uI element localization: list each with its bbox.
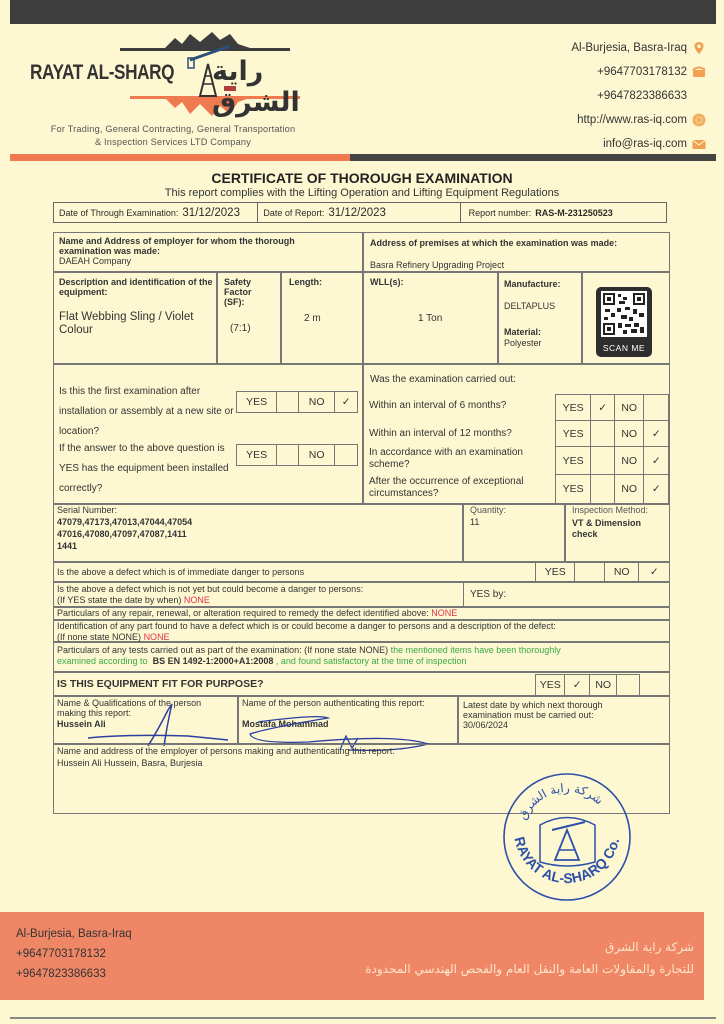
safety-factor-label: Safety Factor (SF): [224,277,269,307]
exceptional-no-box[interactable]: ✓ [644,475,668,503]
company-stamp-icon: شركة راية الشرق RAYAT AL-SHARQ Co. [500,770,635,905]
footer-arabic: شركة راية الشرق للتجارة والمقاولات العام… [365,936,694,980]
footer-arabic-line-1: شركة راية الشرق [365,936,694,958]
tagline-line-1: For Trading, General Contracting, Genera… [28,123,318,136]
report-number-cell: Report number: RAS-M-231250523 [461,203,666,222]
description-label: Description and identification of the eq… [59,277,214,297]
installed-no-box[interactable] [335,445,357,465]
phone-icon [692,65,706,79]
footer-arabic-line-2: للتجارة والمقاولات العامة والنقل العام و… [365,958,694,980]
contact-phone-2-text: +9647823386633 [597,90,687,102]
scan-me-label: SCAN ME [596,343,652,353]
yes-label: YES [536,675,565,695]
footer-address: Al-Burjesia, Basra-Iraq [16,924,132,944]
serial-values: 47079,47173,47013,47044,47054 47016,4708… [57,516,192,552]
check-mark-icon: ✓ [342,396,351,408]
tests-row: Particulars of any tests carried out as … [53,642,670,672]
description-value: Flat Webbing Sling / Violet Colour [59,311,209,337]
inspection-method-value: VT & Dimension check [572,518,662,540]
qr-code-icon [601,291,647,337]
no-label: NO [299,392,335,412]
check-mark-icon: ✓ [650,566,659,578]
future-danger-line-2: (If YES state the date by when) [57,595,181,605]
wll-value: 1 Ton [418,313,442,324]
bottom-rule [10,1017,716,1019]
tests-result-3: , and found satisfactory at the time of … [276,656,467,666]
premises-value: Basra Refinery Upgrading Project [370,260,504,270]
yes-by-cell: YES by: [463,582,670,607]
footer-band: Al-Burjesia, Basra-Iraq +9647703178132 +… [0,912,704,1000]
reporting-employer-label: Name and address of the employer of pers… [57,746,395,756]
tests-result-1: the mentioned items have been thoroughly [391,645,561,655]
check-mark-icon: ✓ [652,483,661,495]
immediate-danger-yes-no: YES NO ✓ [535,562,670,582]
identification-line-2: (If none state NONE) [57,632,141,642]
logo-text-en: RAYAT AL-SHARQ [30,61,174,85]
check-mark-icon: ✓ [573,679,582,691]
manufacture-cell: Manufacture: DELTAPLUS Material: Polyest… [498,272,582,364]
length-value: 2 m [304,313,321,324]
no-label: NO [615,395,644,420]
no-label: NO [605,563,639,581]
contact-email[interactable]: info@ras-iq.com [571,132,706,156]
fit-no-box[interactable] [617,675,639,695]
fit-for-purpose-label: IS THIS EQUIPMENT FIT FOR PURPOSE? [57,679,264,689]
company-logo: RAYAT AL-SHARQ راية الشرق [30,28,330,118]
contact-phone-2: +9647823386633 [571,84,706,108]
serial-line-1: 47079,47173,47013,47044,47054 [57,516,192,528]
yes-label: YES [237,445,277,465]
quantity-cell: Quantity: 11 [463,504,565,562]
identification-row: Identification of any part found to have… [53,620,670,642]
certificate-subtitle: This report complies with the Lifting Op… [0,187,724,199]
interval-12-no-box[interactable]: ✓ [644,421,668,446]
safety-factor-cell: Safety Factor (SF): (7:1) [217,272,281,364]
yes-label: YES [556,395,591,420]
employer-cell: Name and Address of employer for whom th… [53,232,363,272]
no-label: NO [590,675,617,695]
premises-cell: Address of premises at which the examina… [363,232,670,272]
quantity-value: 11 [470,517,479,527]
report-date-value: 31/12/2023 [328,207,386,219]
employer-label: Name and Address of employer for whom th… [59,236,349,256]
tests-label: Particulars of any tests carried out as … [57,645,388,655]
interval-6-no-box[interactable] [644,395,668,420]
no-label: NO [299,445,335,465]
email-link[interactable]: info@ras-iq.com [603,138,687,150]
footer-phone-2: +9647823386633 [16,964,132,984]
exam-date-label: Date of Through Examination: [59,208,178,218]
envelope-icon [692,137,706,151]
tests-standard: BS EN 1492-1:2000+A1:2008 [153,656,274,666]
check-mark-icon: ✓ [652,428,661,440]
carried-out-label: Was the examination carried out: [370,374,516,385]
first-exam-cell: Is this the first examination after inst… [53,364,363,504]
report-date-label: Date of Report: [263,208,324,218]
length-cell: Length: 2 m [281,272,363,364]
scheme-no-box[interactable]: ✓ [644,447,668,474]
identification-text: Identification of any part found to have… [57,621,556,643]
website-link[interactable]: http://www.ras-iq.com [577,114,687,126]
header-contacts: Al-Burjesia, Basra-Iraq +9647703178132 +… [571,36,706,156]
identification-value: NONE [144,632,170,642]
premises-label: Address of premises at which the examina… [370,238,617,248]
company-tagline: For Trading, General Contracting, Genera… [28,123,318,149]
inspection-method-label: Inspection Method: [572,505,648,515]
serial-label: Serial Number: [57,505,117,515]
exam-date-cell: Date of Through Examination: 31/12/2023 [54,203,258,222]
identification-line-1: Identification of any part found to have… [57,621,556,632]
exceptional-yes-box[interactable] [591,475,615,503]
contact-phone-1: +9647703178132 [571,60,706,84]
contact-address: Al-Burjesia, Basra-Iraq [571,36,706,60]
future-danger-line-1: Is the above a defect which is not yet b… [57,584,363,595]
repair-label: Particulars of any repair, renewal, or a… [57,608,429,618]
interval-12-yes-no: YES NO ✓ [555,420,669,447]
repair-text: Particulars of any repair, renewal, or a… [57,608,457,618]
repair-value: NONE [431,608,457,618]
installed-yes-box[interactable] [277,445,299,465]
quantity-label: Quantity: [470,505,506,515]
certificate-title: CERTIFICATE OF THOROUGH EXAMINATION [0,170,724,186]
date-row: Date of Through Examination: 31/12/2023 … [53,202,667,223]
no-label: NO [615,421,644,446]
future-danger-question: Is the above a defect which is not yet b… [57,584,363,606]
interval-12-months-question: Within an interval of 12 months? [369,428,512,439]
safety-factor-value: (7:1) [230,323,251,334]
logo-text-ar: راية الشرق [212,56,330,118]
top-dark-bar [10,0,716,24]
material-label: Material: [504,327,541,337]
serial-line-3: 1441 [57,540,192,552]
yes-label: YES [556,421,591,446]
footer-phone-1: +9647703178132 [16,944,132,964]
serial-cell: Serial Number: 47079,47173,47013,47044,4… [53,504,463,562]
exceptional-circumstances-question: After the occurrence of exceptional circ… [369,476,544,500]
employer-value: DAEAH Company [59,256,131,266]
length-label: Length: [289,277,322,287]
no-label: NO [615,475,644,503]
yes-by-label: YES by: [470,589,506,600]
first-exam-no-box[interactable]: ✓ [335,392,357,412]
tests-result-2: examined according to [57,656,148,666]
exam-date-value: 31/12/2023 [182,207,240,219]
serial-line-2: 47016,47080,47097,47087,1411 [57,528,192,540]
wll-cell: WLL(s): 1 Ton [363,272,498,364]
report-number-label: Report number: [469,208,532,218]
fit-for-purpose-yes-no: YES ✓ NO [535,674,640,696]
future-danger-value: NONE [184,595,210,605]
first-exam-question: Is this the first examination after inst… [59,382,239,442]
location-pin-icon [692,41,706,55]
contact-address-text: Al-Burjesia, Basra-Iraq [571,42,687,54]
header-divider [10,154,716,161]
description-cell: Description and identification of the eq… [53,272,217,364]
yes-label: YES [556,475,591,503]
immediate-no-box[interactable]: ✓ [639,563,669,581]
qr-code[interactable]: SCAN ME [596,287,652,357]
tests-text: Particulars of any tests carried out as … [57,645,667,667]
interval-12-yes-box[interactable] [591,421,615,446]
wll-label: WLL(s): [370,277,404,287]
interval-6-months-question: Within an interval of 6 months? [369,400,506,411]
scheme-yes-box[interactable] [591,447,615,474]
first-exam-yes-no: YES NO ✓ [236,391,358,413]
report-date-cell: Date of Report: 31/12/2023 [258,203,460,222]
tagline-line-2: & Inspection Services LTD Company [28,136,318,149]
reporting-employer-value: Hussein Ali Hussein, Basra, Burjesia [57,758,203,768]
inspection-method-cell: Inspection Method: VT & Dimension check [565,504,670,562]
first-exam-yes-box[interactable] [277,392,299,412]
no-label: NO [615,447,644,474]
immediate-yes-box[interactable] [575,563,605,581]
footer-contacts: Al-Burjesia, Basra-Iraq +9647703178132 +… [16,924,132,984]
exceptional-yes-no: YES NO ✓ [555,474,669,504]
globe-icon [692,113,706,127]
report-number-value: RAS-M-231250523 [535,208,613,218]
interval-6-yes-no: YES ✓ NO [555,394,669,421]
contact-phone-1-text: +9647703178132 [597,66,687,78]
scheme-yes-no: YES NO ✓ [555,446,669,475]
immediate-danger-question: Is the above a defect which is of immedi… [57,567,304,577]
material-value: Polyester [504,338,542,348]
exam-scheme-question: In accordance with an examination scheme… [369,447,544,471]
check-mark-icon: ✓ [598,402,607,414]
interval-6-yes-box[interactable]: ✓ [591,395,615,420]
installed-correctly-question: If the answer to the above question is Y… [59,439,239,499]
installed-correctly-yes-no: YES NO [236,444,358,466]
fit-yes-box[interactable]: ✓ [565,675,590,695]
manufacture-value: DELTAPLUS [504,301,555,311]
check-mark-icon: ✓ [652,455,661,467]
manufacture-label: Manufacture: [504,279,561,289]
repair-row: Particulars of any repair, renewal, or a… [53,607,670,620]
yes-label: YES [556,447,591,474]
yes-label: YES [536,563,575,581]
yes-label: YES [237,392,277,412]
contact-website[interactable]: http://www.ras-iq.com [571,108,706,132]
